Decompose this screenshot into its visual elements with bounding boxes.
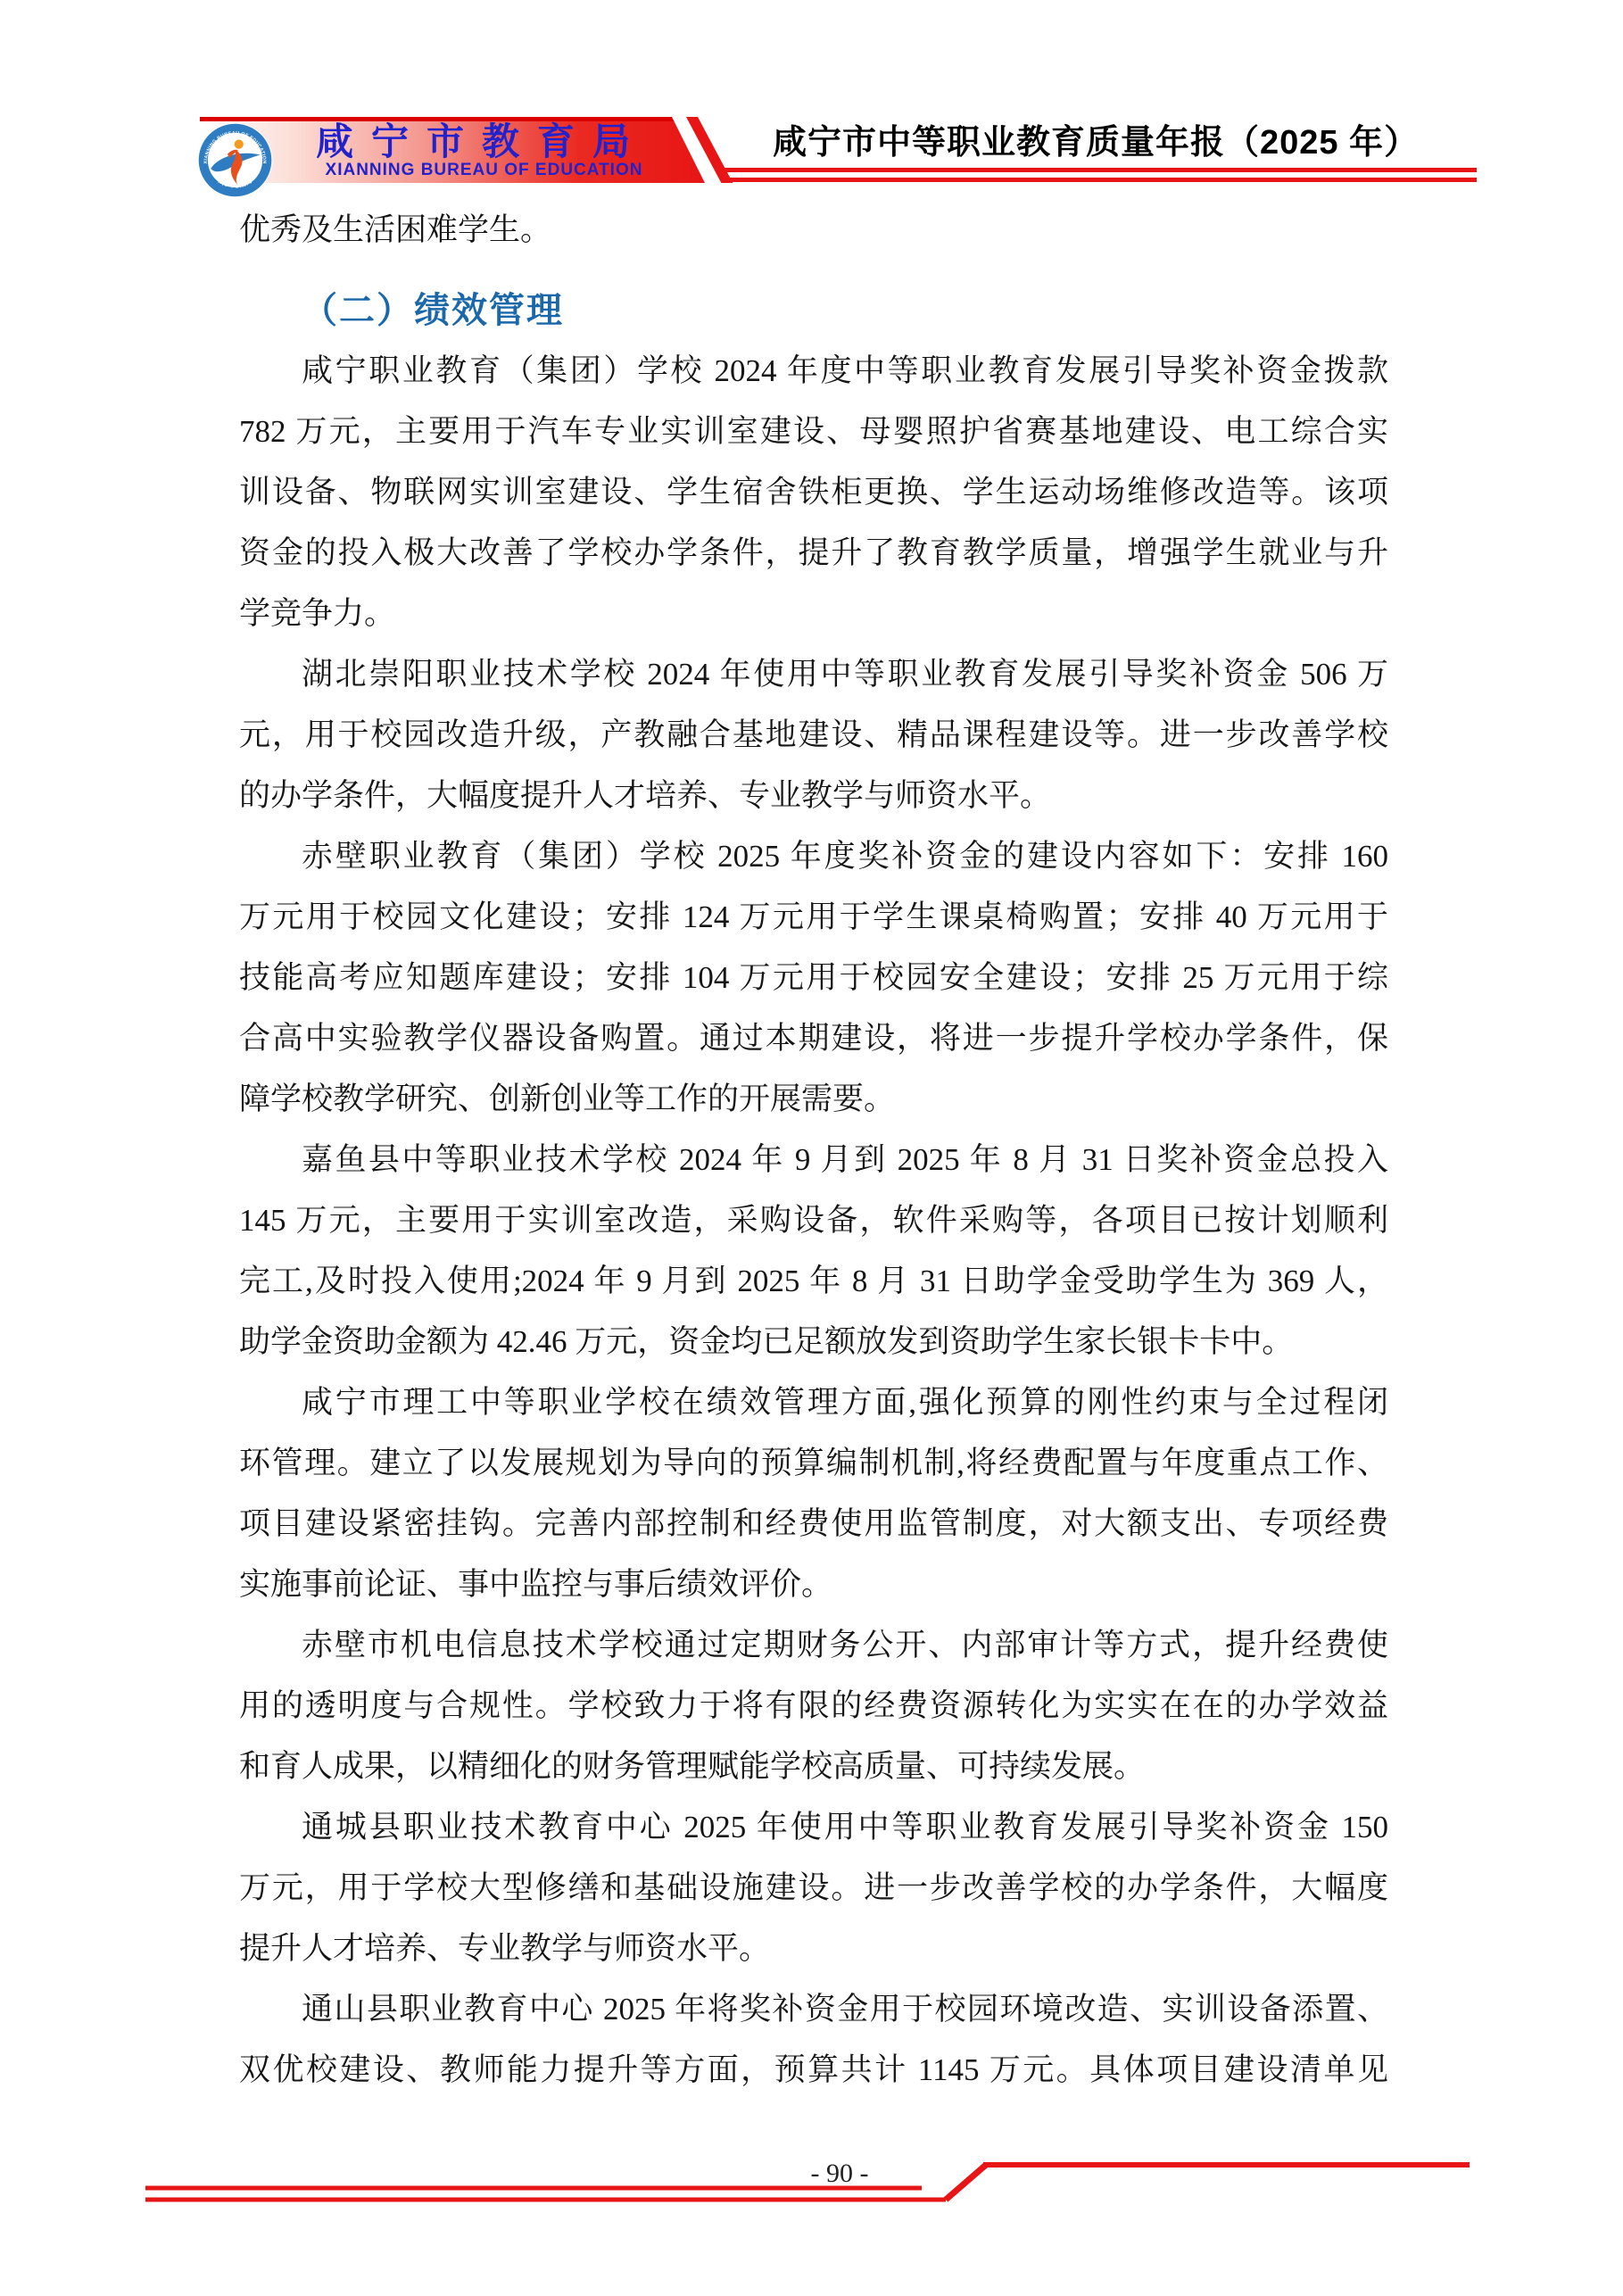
text-line: 双优校建设、教师能力提升等方面，预算共计 1145 万元。具体项目建设清单见 xyxy=(239,2040,1388,2101)
text-line: 元，用于校园改造升级，产教融合基地建设、精品课程建设等。进一步改善学校 xyxy=(239,705,1388,766)
text-line: 障学校教学研究、创新创业等工作的开展需要。 xyxy=(239,1069,1388,1130)
document-title: 咸宁市中等职业教育质量年报（2025 年） xyxy=(773,126,1486,160)
bureau-name-cn: 咸宁市教育局 xyxy=(286,124,678,162)
text-line: 赤壁市机电信息技术学校通过定期财务公开、内部审计等方式，提升经费使 xyxy=(239,1615,1388,1676)
text-line: 赤壁职业教育（集团）学校 2025 年度奖补资金的建设内容如下：安排 160 xyxy=(239,826,1388,887)
paragraph: 赤壁职业教育（集团）学校 2025 年度奖补资金的建设内容如下：安排 160万元… xyxy=(239,826,1388,1130)
text-line: 湖北崇阳职业技术学校 2024 年使用中等职业教育发展引导奖补资金 506 万 xyxy=(239,644,1388,705)
text-line: 合高中实验教学仪器设备购置。通过本期建设，将进一步提升学校办学条件，保 xyxy=(239,1008,1388,1069)
paragraphs-container: 咸宁职业教育（集团）学校 2024 年度中等职业教育发展引导奖补资金拨款782 … xyxy=(239,341,1388,2101)
text-line: 训设备、物联网实训室建设、学生宿舍铁柜更换、学生运动场维修改造等。该项 xyxy=(239,462,1388,523)
text-line: 学竞争力。 xyxy=(239,584,1388,644)
text-line: 助学金资助金额为 42.46 万元，资金均已足额放发到资助学生家长银卡卡中。 xyxy=(239,1312,1388,1372)
text-line: 技能高考应知题库建设；安排 104 万元用于校园安全建设；安排 25 万元用于综 xyxy=(239,948,1388,1008)
text-line: 通城县职业技术教育中心 2025 年使用中等职业教育发展引导奖补资金 150 xyxy=(239,1797,1388,1858)
text-line: 万元，用于学校大型修缮和基础设施建设。进一步改善学校的办学条件，大幅度 xyxy=(239,1858,1388,1919)
text-line: 提升人才培养、专业教学与师资水平。 xyxy=(239,1919,1388,1979)
text-line: 实施事前论证、事中监控与事后绩效评价。 xyxy=(239,1554,1388,1615)
paragraph: 咸宁职业教育（集团）学校 2024 年度中等职业教育发展引导奖补资金拨款782 … xyxy=(239,341,1388,644)
paragraph: 咸宁市理工中等职业学校在绩效管理方面,强化预算的刚性约束与全过程闭环管理。建立了… xyxy=(239,1372,1388,1615)
paragraph: 赤壁市机电信息技术学校通过定期财务公开、内部审计等方式，提升经费使用的透明度与合… xyxy=(239,1615,1388,1797)
text-line: 的办学条件，大幅度提升人才培养、专业教学与师资水平。 xyxy=(239,766,1388,826)
header-rule-top xyxy=(716,168,1477,172)
text-line: 完工,及时投入使用;2024 年 9 月到 2025 年 8 月 31 日助学金… xyxy=(239,1251,1388,1312)
text-line: 嘉鱼县中等职业技术学校 2024 年 9 月到 2025 年 8 月 31 日奖… xyxy=(239,1130,1388,1190)
section-heading: （二）绩效管理 xyxy=(239,280,1388,341)
text-line: 和育人成果，以精细化的财务管理赋能学校高质量、可持续发展。 xyxy=(239,1737,1388,1797)
paragraph: 湖北崇阳职业技术学校 2024 年使用中等职业教育发展引导奖补资金 506 万元… xyxy=(239,644,1388,826)
paragraph: 通城县职业技术教育中心 2025 年使用中等职业教育发展引导奖补资金 150万元… xyxy=(239,1797,1388,1979)
text-line: 用的透明度与合规性。学校致力于将有限的经费资源转化为实实在在的办学效益 xyxy=(239,1676,1388,1737)
text-line: 145 万元，主要用于实训室改造，采购设备，软件采购等，各项目已按计划顺利 xyxy=(239,1190,1388,1251)
page-number: - 90 - xyxy=(773,2160,907,2187)
paragraph: 通山县职业教育中心 2025 年将奖补资金用于校园环境改造、实训设备添置、双优校… xyxy=(239,1979,1388,2101)
text-line: 万元用于校园文化建设；安排 124 万元用于学生课桌椅购置；安排 40 万元用于 xyxy=(239,887,1388,948)
document-page: XIANNING BUREAU OF EDUCATION 咸宁市教育局 咸宁市教… xyxy=(0,0,1623,2296)
bureau-name-en: XIANNING BUREAU OF EDUCATION xyxy=(286,162,683,178)
text-line: 咸宁职业教育（集团）学校 2024 年度中等职业教育发展引导奖补资金拨款 xyxy=(239,341,1388,402)
paragraph: 嘉鱼县中等职业技术学校 2024 年 9 月到 2025 年 8 月 31 日奖… xyxy=(239,1130,1388,1372)
document-body: 优秀及生活困难学生。 （二）绩效管理 咸宁职业教育（集团）学校 2024 年度中… xyxy=(239,200,1388,2101)
text-line: 环管理。建立了以发展规划为导向的预算编制机制,将经费配置与年度重点工作、 xyxy=(239,1433,1388,1494)
header-rule-bottom xyxy=(725,178,1477,182)
text-line: 咸宁市理工中等职业学校在绩效管理方面,强化预算的刚性约束与全过程闭 xyxy=(239,1372,1388,1433)
text-line: 通山县职业教育中心 2025 年将奖补资金用于校园环境改造、实训设备添置、 xyxy=(239,1979,1388,2040)
bureau-logo-icon: XIANNING BUREAU OF EDUCATION 咸宁市教育局 xyxy=(197,122,273,198)
text-line: 782 万元，主要用于汽车专业实训室建设、母婴照护省赛基地建设、电工综合实 xyxy=(239,402,1388,462)
text-line: 项目建设紧密挂钩。完善内部控制和经费使用监管制度，对大额支出、专项经费 xyxy=(239,1494,1388,1554)
continuation-line: 优秀及生活困难学生。 xyxy=(239,200,1388,261)
text-line: 资金的投入极大改善了学校办学条件，提升了教育教学质量，增强学生就业与升 xyxy=(239,523,1388,584)
